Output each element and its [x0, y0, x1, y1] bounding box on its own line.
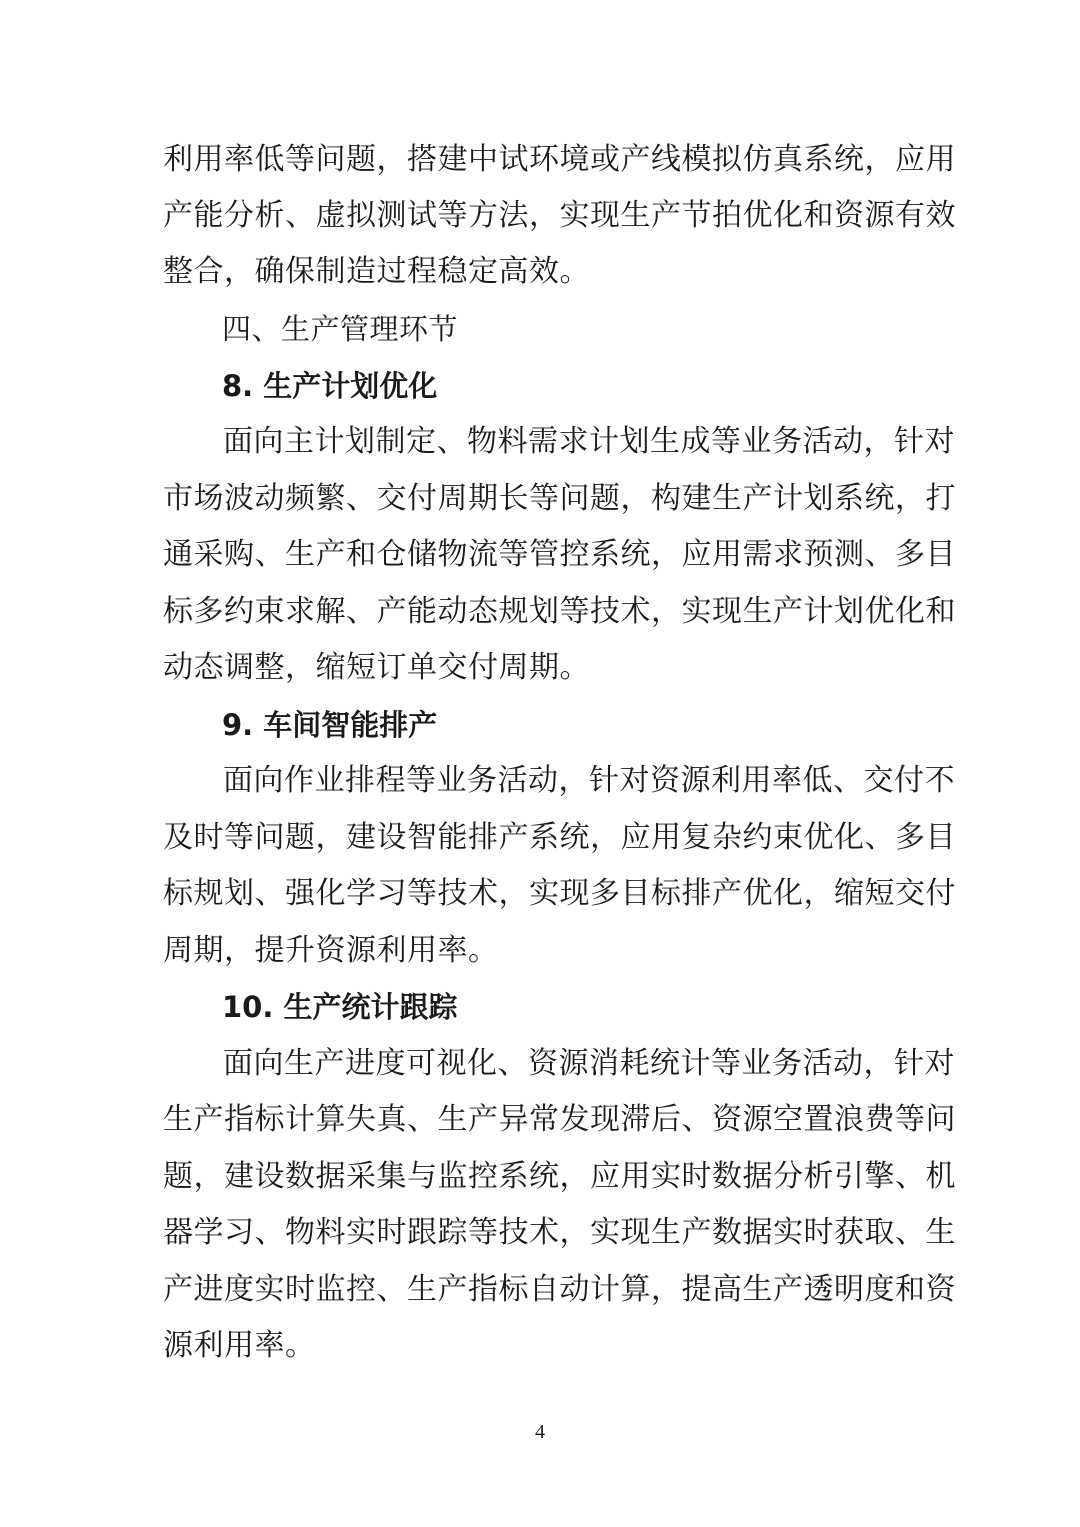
text-line: 产进度实时监控、生产指标自动计算，提高生产透明度和资: [163, 1270, 923, 1310]
item-heading: 10. 生产统计跟踪: [222, 987, 457, 1027]
text-line: 标规划、强化学习等技术，实现多目标排产优化，缩短交付: [163, 874, 923, 914]
text-line: 生产指标计算失真、生产异常发现滞后、资源空置浪费等问: [163, 1100, 923, 1140]
page-number: 4: [0, 1420, 1080, 1444]
text-line: 面向生产进度可视化、资源消耗统计等业务活动，针对: [223, 1044, 923, 1084]
text-line: 题，建设数据采集与监控系统，应用实时数据分析引擎、机: [163, 1157, 923, 1197]
text-line: 及时等问题，建设智能排产系统，应用复杂约束优化、多目: [163, 818, 923, 858]
text-line: 标多约束求解、产能动态规划等技术，实现生产计划优化和: [163, 592, 923, 632]
text-line: 市场波动频繁、交付周期长等问题，构建生产计划系统，打: [163, 479, 923, 519]
text-line: 周期，提升资源利用率。: [163, 931, 923, 971]
item-heading: 8. 生产计划优化: [222, 366, 437, 406]
text-line: 源利用率。: [163, 1326, 923, 1366]
item-heading: 9. 车间智能排产: [222, 705, 437, 745]
document-page: 利用率低等问题，搭建中试环境或产线模拟仿真系统，应用 产能分析、虚拟测试等方法，…: [0, 0, 1080, 1527]
text-line: 动态调整，缩短订单交付周期。: [163, 648, 923, 688]
text-line: 面向作业排程等业务活动，针对资源利用率低、交付不: [223, 761, 923, 801]
text-line: 利用率低等问题，搭建中试环境或产线模拟仿真系统，应用: [163, 140, 923, 180]
text-line: 产能分析、虚拟测试等方法，实现生产节拍优化和资源有效: [163, 196, 923, 236]
text-line: 器学习、物料实时跟踪等技术，实现生产数据实时获取、生: [163, 1213, 923, 1253]
text-line: 面向主计划制定、物料需求计划生成等业务活动，针对: [223, 422, 923, 462]
text-line: 通采购、生产和仓储物流等管控系统，应用需求预测、多目: [163, 535, 923, 575]
section-heading: 四、生产管理环节: [222, 309, 458, 349]
text-line: 整合，确保制造过程稳定高效。: [163, 252, 923, 292]
